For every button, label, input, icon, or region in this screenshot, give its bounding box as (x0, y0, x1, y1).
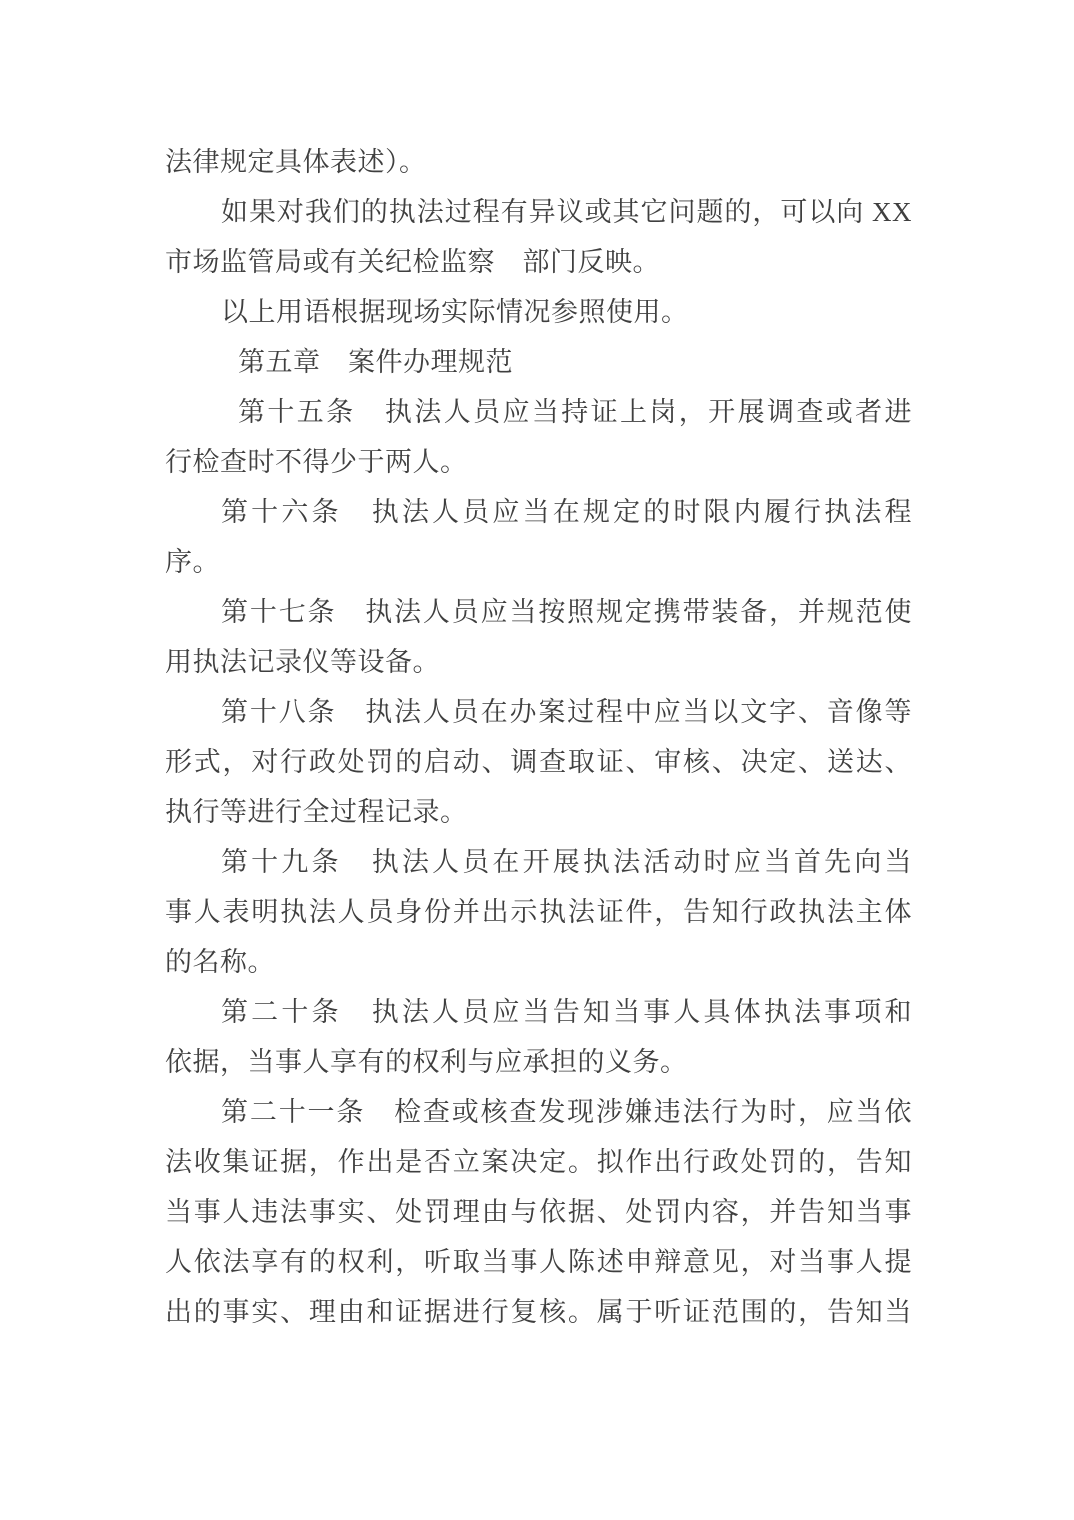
article-start-line: 第十五条 执法人员应当持证上岗，开展调查或者进 (165, 387, 912, 437)
text-line: 形式，对行政处罚的启动、调查取证、审核、决定、送达、 (165, 737, 912, 787)
article-start-line: 第十九条 执法人员在开展执法活动时应当首先向当 (165, 837, 912, 887)
article-start-line: 第十七条 执法人员应当按照规定携带装备，并规范使 (165, 587, 912, 637)
text-line: 法律规定具体表述）。 (165, 137, 912, 187)
text-line: 依据，当事人享有的权利与应承担的义务。 (165, 1037, 912, 1087)
text-line: 法收集证据，作出是否立案决定。拟作出行政处罚的，告知 (165, 1137, 912, 1187)
text-line: 序。 (165, 537, 912, 587)
text-line: 执行等进行全过程记录。 (165, 787, 912, 837)
article-start-line: 第十六条 执法人员应当在规定的时限内履行执法程 (165, 487, 912, 537)
text-line: 行检查时不得少于两人。 (165, 437, 912, 487)
text-line: 用执法记录仪等设备。 (165, 637, 912, 687)
paragraph-start-line: 如果对我们的执法过程有异议或其它问题的，可以向 XX (165, 187, 912, 237)
text-line: 事人表明执法人员身份并出示执法证件，告知行政执法主体 (165, 887, 912, 937)
text-line: 市场监管局或有关纪检监察 部门反映。 (165, 237, 912, 287)
text-line: 人依法享有的权利，听取当事人陈述申辩意见，对当事人提 (165, 1237, 912, 1287)
article-start-line: 第十八条 执法人员在办案过程中应当以文字、音像等 (165, 687, 912, 737)
text-line: 的名称。 (165, 937, 912, 987)
document-page: 法律规定具体表述）。 如果对我们的执法过程有异议或其它问题的，可以向 XX 市场… (0, 0, 1074, 1520)
paragraph-start-line: 以上用语根据现场实际情况参照使用。 (165, 287, 912, 337)
text-line: 出的事实、理由和证据进行复核。属于听证范围的，告知当 (165, 1287, 912, 1337)
chapter-heading: 第五章 案件办理规范 (165, 337, 912, 387)
article-start-line: 第二十条 执法人员应当告知当事人具体执法事项和 (165, 987, 912, 1037)
document-body: 法律规定具体表述）。 如果对我们的执法过程有异议或其它问题的，可以向 XX 市场… (165, 137, 912, 1337)
text-line: 当事人违法事实、处罚理由与依据、处罚内容，并告知当事 (165, 1187, 912, 1237)
article-start-line: 第二十一条 检查或核查发现涉嫌违法行为时，应当依 (165, 1087, 912, 1137)
